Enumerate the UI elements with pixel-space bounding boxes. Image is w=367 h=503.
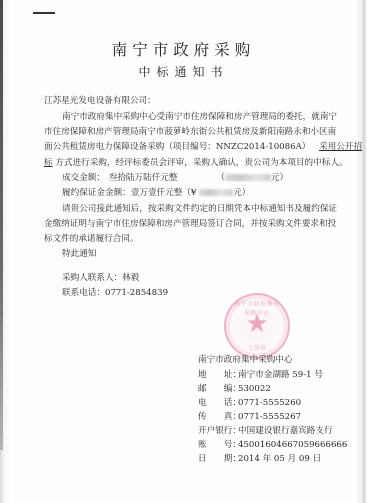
body-line-4: 标 方式进行采购，经评标委员会评审，采购人确认，贵公司为本项目的中标人。 bbox=[44, 158, 348, 169]
deposit-amount-label: 履约保证金金额： bbox=[62, 188, 131, 198]
corner-mark bbox=[33, 12, 55, 14]
issuer-fax: 传 真：0771-5555267 bbox=[198, 412, 301, 423]
procurement-method-underlined: 采用公开招 bbox=[319, 142, 362, 152]
purchaser-phone: 联系电话：0771-2854839 bbox=[62, 288, 168, 299]
instruction-line-2: 金缴纳证明与南宁市住房保障和房产管理局签订合同，并按采购文件要求和投 bbox=[44, 219, 336, 230]
field-key: 地 址： bbox=[198, 370, 238, 381]
purchaser-phone-label: 联系电话： bbox=[62, 288, 105, 298]
paren-close: 元） bbox=[233, 188, 250, 198]
body-line-4-text: 方式进行采购，经评标委员会评审，采购人确认，贵公司为本项目的中标人。 bbox=[53, 158, 348, 168]
seal-bottom-text: 专用章 bbox=[226, 343, 288, 352]
document-title: 南宁市政府采购 bbox=[0, 38, 367, 60]
issuer-name: 南宁市政府集中采购中心 bbox=[198, 355, 293, 366]
body-line-3-text: 面公共租赁房电力保障设备采购（项目编号：NNZC2014-10086A） bbox=[44, 142, 310, 152]
issuer-account: 账 号：45001604667059666666 bbox=[198, 440, 347, 451]
paren-open: （ bbox=[216, 173, 225, 183]
issuer-bank: 开户银行：中国建设银行嘉宾路支行 bbox=[198, 426, 333, 437]
deposit-amount: 履约保证金金额：壹万壹仟元整（¥ 元） bbox=[62, 188, 250, 199]
field-value: 0771-5555267 bbox=[238, 412, 301, 422]
closing: 特此通知 bbox=[62, 249, 96, 260]
field-key: 日 期： bbox=[198, 454, 238, 465]
instruction-line-3: 标文件的承诺履行合同。 bbox=[44, 234, 139, 245]
redacted-deposit bbox=[199, 189, 233, 196]
field-value: 0771-5555260 bbox=[238, 398, 301, 408]
field-value: 2014 年 05 月 09 日 bbox=[238, 454, 321, 464]
paren-close: 元） bbox=[271, 173, 288, 183]
field-key: 邮 编： bbox=[198, 384, 238, 395]
deposit-amount-value: 壹万壹仟元整（¥ bbox=[131, 188, 197, 198]
field-value: 中国建设银行嘉宾路支行 bbox=[238, 426, 333, 436]
issuer-postcode: 邮 编：530022 bbox=[198, 384, 271, 395]
deal-amount-value: 叁拾陆万陆仟元整 bbox=[109, 173, 178, 183]
issuer-address: 地 址：南宁市金湖路 59-1 号 bbox=[198, 370, 323, 381]
purchaser-contact: 采购人联系人：林毅 bbox=[62, 273, 139, 284]
star-icon: ★ bbox=[226, 309, 288, 339]
field-value: 45001604667059666666 bbox=[238, 440, 347, 450]
field-key: 电 话： bbox=[198, 398, 238, 409]
purchaser-phone-value: 0771-2854839 bbox=[105, 288, 168, 298]
body-line-2: 市住房保障和房产管理局南宁市菠萝岭东街公共租赁房及新阳南路永和小区南 bbox=[44, 127, 336, 138]
official-seal: 南宁市政府集中采购中心 ★ 专用章 bbox=[224, 293, 290, 359]
purchaser-contact-value: 林毅 bbox=[122, 273, 139, 283]
field-value: 530022 bbox=[238, 384, 271, 394]
field-key: 传 真： bbox=[198, 412, 238, 423]
procurement-method-underlined-end: 标 bbox=[44, 158, 53, 168]
field-key: 开户银行： bbox=[198, 426, 238, 437]
recipient: 江苏星光发电设备有限公司： bbox=[44, 96, 156, 107]
instruction-line-1: 请贵公司接此通知后，按采购文件约定的日期凭本中标通知书及履约保证 bbox=[62, 204, 337, 215]
issuer-date: 日 期：2014 年 05 月 09 日 bbox=[198, 454, 321, 465]
deal-amount-label: 成交金额： bbox=[62, 173, 106, 184]
document-subtitle: 中标通知书 bbox=[0, 63, 367, 80]
redacted-amount bbox=[225, 174, 271, 181]
deal-amount: 成交金额： 叁拾陆万陆仟元整 （元） bbox=[62, 173, 288, 184]
body-line-1: 南宁市政府集中采购中心受南宁市住房保障和房产管理局的委托，就南宁 bbox=[62, 112, 337, 123]
field-value: 南宁市金湖路 59-1 号 bbox=[238, 370, 323, 380]
issuer-phone: 电 话：0771-5555260 bbox=[198, 398, 301, 409]
body-line-3: 面公共租赁房电力保障设备采购（项目编号：NNZC2014-10086A） 采用公… bbox=[44, 142, 362, 153]
field-key: 账 号： bbox=[198, 440, 238, 451]
document-page: 南宁市政府采购 中标通知书 江苏星光发电设备有限公司： 南宁市政府集中采购中心受… bbox=[0, 0, 367, 503]
purchaser-contact-label: 采购人联系人： bbox=[62, 273, 122, 283]
